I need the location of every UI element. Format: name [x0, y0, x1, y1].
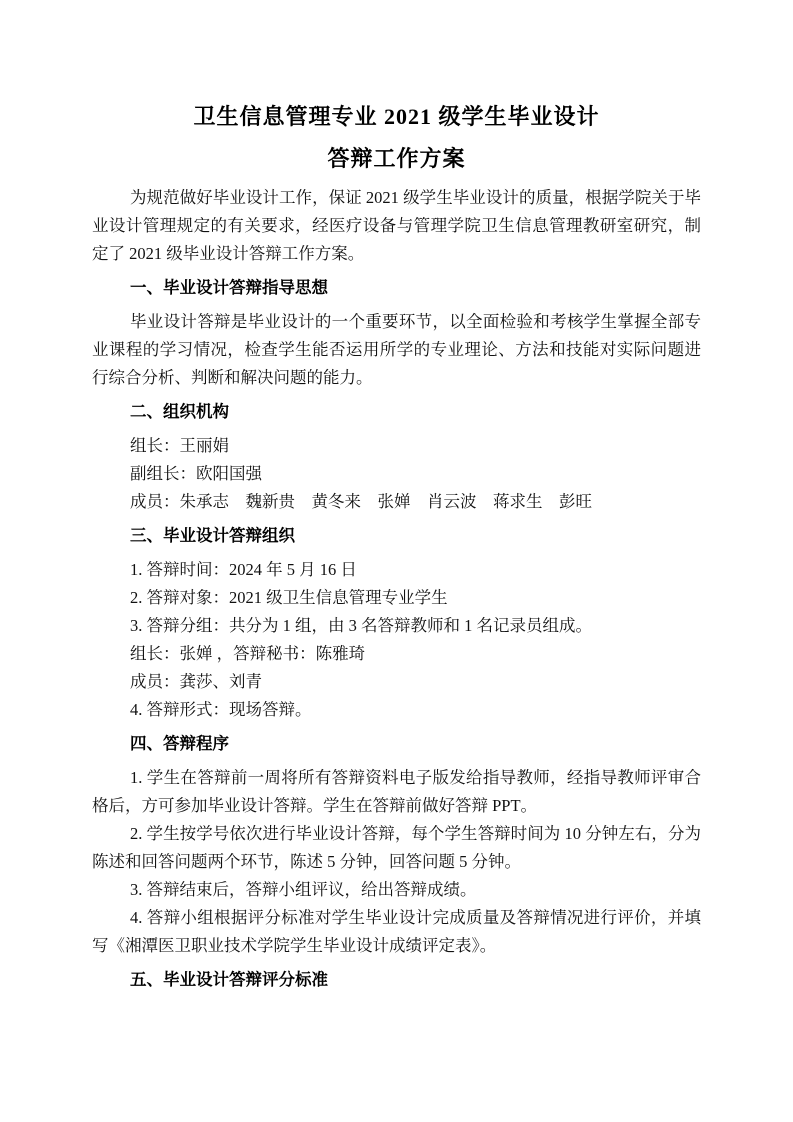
section-2-line-leader: 组长：王丽娟 [92, 432, 701, 460]
section-3-line-format: 4. 答辩形式：现场答辩。 [92, 696, 701, 724]
section-2-heading: 二、组织机构 [92, 398, 701, 426]
document-page: 卫生信息管理专业 2021 级学生毕业设计 答辩工作方案 为规范做好毕业设计工作… [0, 0, 793, 1122]
section-3-line-grouping: 3. 答辩分组：共分为 1 组，由 3 名答辩教师和 1 名记录员组成。 [92, 612, 701, 640]
section-4-item-4: 4. 答辩小组根据评分标准对学生毕业设计完成质量及答辩情况进行评价，并填写《湘潭… [92, 904, 701, 960]
section-3-line-group-leader: 组长：张婵 ，答辩秘书：陈雅琦 [92, 640, 701, 668]
document-title-line2: 答辩工作方案 [92, 138, 701, 180]
section-1-paragraph: 毕业设计答辩是毕业设计的一个重要环节，以全面检验和考核学生掌握全部专业课程的学习… [92, 308, 701, 392]
section-3-line-target: 2. 答辩对象：2021 级卫生信息管理专业学生 [92, 584, 701, 612]
section-4-item-2: 2. 学生按学号依次进行毕业设计答辩，每个学生答辩时间为 10 分钟左右，分为陈… [92, 820, 701, 876]
intro-paragraph: 为规范做好毕业设计工作，保证 2021 级学生毕业设计的质量，根据学院关于毕业设… [92, 184, 701, 268]
section-3-heading: 三、毕业设计答辩组织 [92, 522, 701, 550]
section-5-heading: 五、毕业设计答辩评分标准 [92, 966, 701, 994]
section-4-item-3: 3. 答辩结束后，答辩小组评议，给出答辩成绩。 [92, 876, 701, 904]
section-2-line-members: 成员：朱承志 魏新贵 黄冬来 张婵 肖云波 蒋求生 彭旺 [92, 488, 701, 516]
section-4-heading: 四、答辩程序 [92, 730, 701, 758]
section-1-heading: 一、毕业设计答辩指导思想 [92, 274, 701, 302]
section-3-line-time: 1. 答辩时间：2024 年 5 月 16 日 [92, 556, 701, 584]
document-title-line1: 卫生信息管理专业 2021 级学生毕业设计 [92, 96, 701, 138]
section-2-line-deputy-leader: 副组长：欧阳国强 [92, 460, 701, 488]
section-3-line-group-members: 成员：龚莎、刘青 [92, 668, 701, 696]
section-4-item-1: 1. 学生在答辩前一周将所有答辩资料电子版发给指导教师，经指导教师评审合格后，方… [92, 764, 701, 820]
document-title: 卫生信息管理专业 2021 级学生毕业设计 答辩工作方案 [92, 96, 701, 180]
